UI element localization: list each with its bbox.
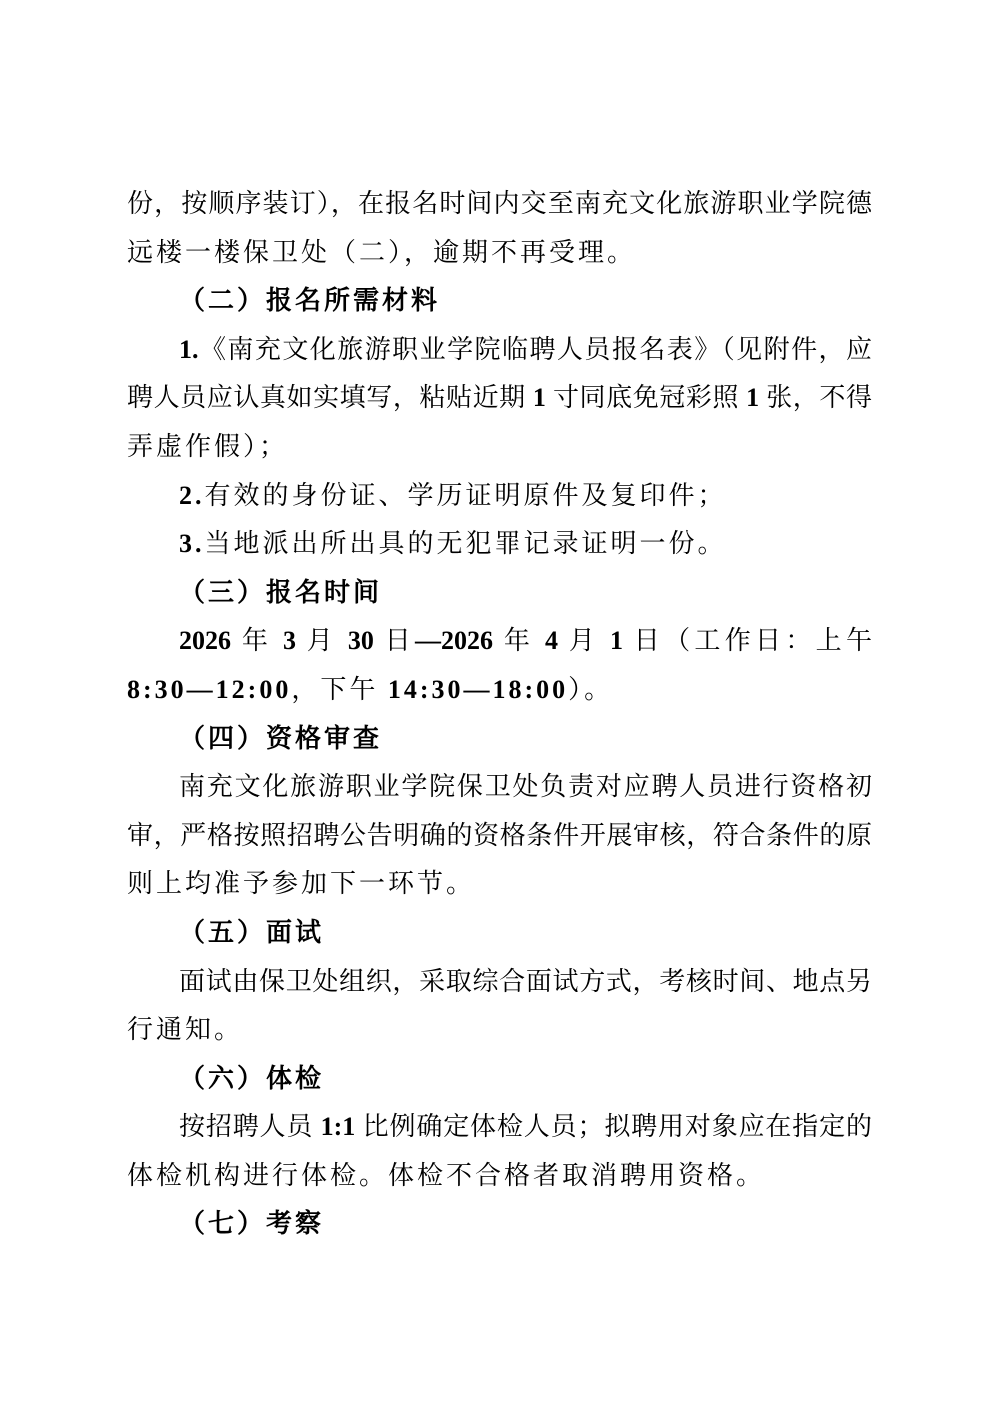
text-run: 聘人员应认真如实填写，粘贴近期 <box>127 383 533 412</box>
document-line: 体检机构进行体检。体检不合格者取消聘用资格。 <box>127 1152 872 1201</box>
document-line: 远楼一楼保卫处（二），逾期不再受理。 <box>127 229 872 278</box>
document-line: 弄虚作假）； <box>127 423 872 472</box>
text-run: 日 <box>374 626 415 655</box>
bold-text-run: 2026 <box>179 626 231 655</box>
bold-text-run: 2. <box>179 481 205 510</box>
bold-text-run: 1. <box>179 335 199 364</box>
document-line: 则上均准予参加下一环节。 <box>127 860 872 909</box>
document-line: 行通知。 <box>127 1006 872 1055</box>
bold-text-run: （二）报名所需材料 <box>179 286 440 315</box>
text-run: 南充文化旅游职业学院保卫处负责对应聘人员进行资格初 <box>179 772 872 801</box>
text-run: 月 <box>296 626 348 655</box>
text-run: 有效的身份证、学历证明原件及复印件； <box>205 481 727 510</box>
section-heading: （三）报名时间 <box>127 569 872 618</box>
document-line: 1.《南充文化旅游职业学院临聘人员报名表》（见附件，应 <box>127 326 872 375</box>
text-run: 比例确定体检人员；拟聘用对象应在指定的 <box>355 1112 872 1141</box>
section-heading: （六）体检 <box>127 1055 872 1104</box>
bold-text-run: （三）报名时间 <box>179 578 382 607</box>
bold-text-run: （四）资格审查 <box>179 724 382 753</box>
text-run: 弄虚作假）； <box>127 432 288 461</box>
document-line: 份，按顺序装订），在报名时间内交至南充文化旅游职业学院德 <box>127 180 872 229</box>
text-run: 按招聘人员 <box>179 1112 321 1141</box>
text-run: 面试由保卫处组织，采取综合面试方式，考核时间、地点另 <box>179 967 872 996</box>
text-run: ，下午 <box>291 675 388 704</box>
bold-text-run: 1:1 <box>321 1112 356 1141</box>
document-content: 份，按顺序装订），在报名时间内交至南充文化旅游职业学院德远楼一楼保卫处（二），逾… <box>127 180 872 1249</box>
text-run: 《南充文化旅游职业学院临聘人员报名表》（见附件，应 <box>199 335 873 364</box>
document-line: 南充文化旅游职业学院保卫处负责对应聘人员进行资格初 <box>127 763 872 812</box>
bold-text-run: 8:30—12:00 <box>127 675 291 704</box>
bold-text-run: —2026 <box>415 626 493 655</box>
document-line: 面试由保卫处组织，采取综合面试方式，考核时间、地点另 <box>127 958 872 1007</box>
bold-text-run: （五）面试 <box>179 918 324 947</box>
document-line: 2026 年 3 月 30 日—2026 年 4 月 1 日（工作日：上午 <box>127 617 872 666</box>
document-line: 3.当地派出所出具的无犯罪记录证明一份。 <box>127 520 872 569</box>
section-heading: （二）报名所需材料 <box>127 277 872 326</box>
section-heading: （五）面试 <box>127 909 872 958</box>
document-line: 审，严格按照招聘公告明确的资格条件开展审核，符合条件的原 <box>127 812 872 861</box>
text-run: 年 <box>493 626 545 655</box>
document-line: 按招聘人员 1:1 比例确定体检人员；拟聘用对象应在指定的 <box>127 1103 872 1152</box>
text-run: 份，按顺序装订），在报名时间内交至南充文化旅游职业学院德 <box>127 189 872 218</box>
text-run: 行通知。 <box>127 1015 243 1044</box>
text-run: 日（工作日：上午 <box>623 626 872 655</box>
text-run: 月 <box>558 626 610 655</box>
bold-text-run: 3. <box>179 529 205 558</box>
section-heading: （七）考察 <box>127 1200 872 1249</box>
text-run: 体检机构进行体检。体检不合格者取消聘用资格。 <box>127 1161 765 1190</box>
text-run: 当地派出所出具的无犯罪记录证明一份。 <box>205 529 727 558</box>
text-run: 张，不得 <box>759 383 872 412</box>
bold-text-run: 3 <box>283 626 296 655</box>
document-line: 8:30—12:00，下午 14:30—18:00）。 <box>127 666 872 715</box>
text-run: 审，严格按照招聘公告明确的资格条件开展审核，符合条件的原 <box>127 821 872 850</box>
bold-text-run: 1 <box>610 626 623 655</box>
section-heading: （四）资格审查 <box>127 715 872 764</box>
document-line: 聘人员应认真如实填写，粘贴近期 1 寸同底免冠彩照 1 张，不得 <box>127 374 872 423</box>
bold-text-run: （七）考察 <box>179 1209 324 1238</box>
text-run: 年 <box>231 626 283 655</box>
bold-text-run: 14:30—18:00 <box>388 675 568 704</box>
text-run: 远楼一楼保卫处（二），逾期不再受理。 <box>127 238 636 267</box>
bold-text-run: 30 <box>348 626 374 655</box>
text-run: 寸同底免冠彩照 <box>546 383 746 412</box>
bold-text-run: 1 <box>746 383 759 412</box>
bold-text-run: （六）体检 <box>179 1064 324 1093</box>
document-page: 份，按顺序装订），在报名时间内交至南充文化旅游职业学院德远楼一楼保卫处（二），逾… <box>0 0 1000 1415</box>
text-run: 则上均准予参加下一环节。 <box>127 869 475 898</box>
document-line: 2.有效的身份证、学历证明原件及复印件； <box>127 472 872 521</box>
bold-text-run: 1 <box>533 383 546 412</box>
bold-text-run: 4 <box>545 626 558 655</box>
text-run: ）。 <box>568 675 613 704</box>
